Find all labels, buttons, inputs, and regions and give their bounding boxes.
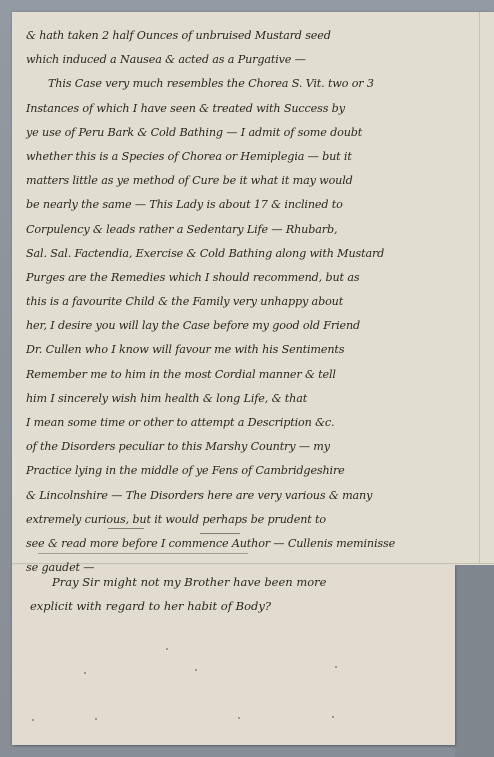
manuscript-line: I mean some time or other to attempt a D… [26,411,446,435]
manuscript-line: Dr. Cullen who I know will favour me wit… [26,338,446,362]
manuscript-line: & Lincolnshire — The Disorders here are … [26,484,446,508]
manuscript-line: this is a favourite Child & the Family v… [26,290,446,314]
paper-speck [84,672,86,674]
manuscript-line: & hath taken 2 half Ounces of unbruised … [26,24,446,48]
manuscript-line: Practice lying in the middle of ye Fens … [26,459,446,483]
postscript-line: Pray Sir might not my Brother have been … [30,570,430,594]
manuscript-line: Corpulency & leads rather a Sedentary Li… [26,218,446,242]
pen-stroke [108,528,144,529]
manuscript-line: ye use of Peru Bark & Cold Bathing — I a… [26,121,446,145]
postscript-line: explicit with regard to her habit of Bod… [30,594,430,618]
manuscript-line: him I sincerely wish him health & long L… [26,387,446,411]
manuscript-line: Instances of which I have seen & treated… [26,97,446,121]
paper-speck [32,719,34,721]
paper-speck [166,648,168,650]
manuscript-line: of the Disorders peculiar to this Marshy… [26,435,446,459]
manuscript-line: whether this is a Species of Chorea or H… [26,145,446,169]
vertical-fold-line [479,12,480,563]
separator-rule [38,553,248,554]
manuscript-line: Remember me to him in the most Cordial m… [26,363,446,387]
paper-speck [332,716,334,718]
postscript: Pray Sir might not my Brother have been … [30,566,430,618]
page-edge-gap [455,565,494,757]
manuscript-line: which induced a Nausea & acted as a Purg… [26,48,446,72]
manuscript-line: Purges are the Remedies which I should r… [26,266,446,290]
paper-speck [195,669,197,671]
manuscript-line: extremely curious, but it would perhaps … [26,508,446,532]
paper-speck [238,717,240,719]
manuscript-line: be nearly the same — This Lady is about … [26,193,446,217]
pen-stroke [200,533,240,534]
manuscript-line: her, I desire you will lay the Case befo… [26,314,446,338]
letter-body: & hath taken 2 half Ounces of unbruised … [26,24,446,580]
paper-speck [335,666,337,668]
manuscript-line: matters little as ye method of Cure be i… [26,169,446,193]
manuscript-line: Sal. Sal. Factendia, Exercise & Cold Bat… [26,242,446,266]
paper-speck [95,718,97,720]
manuscript-line: This Case very much resembles the Chorea… [26,72,446,96]
